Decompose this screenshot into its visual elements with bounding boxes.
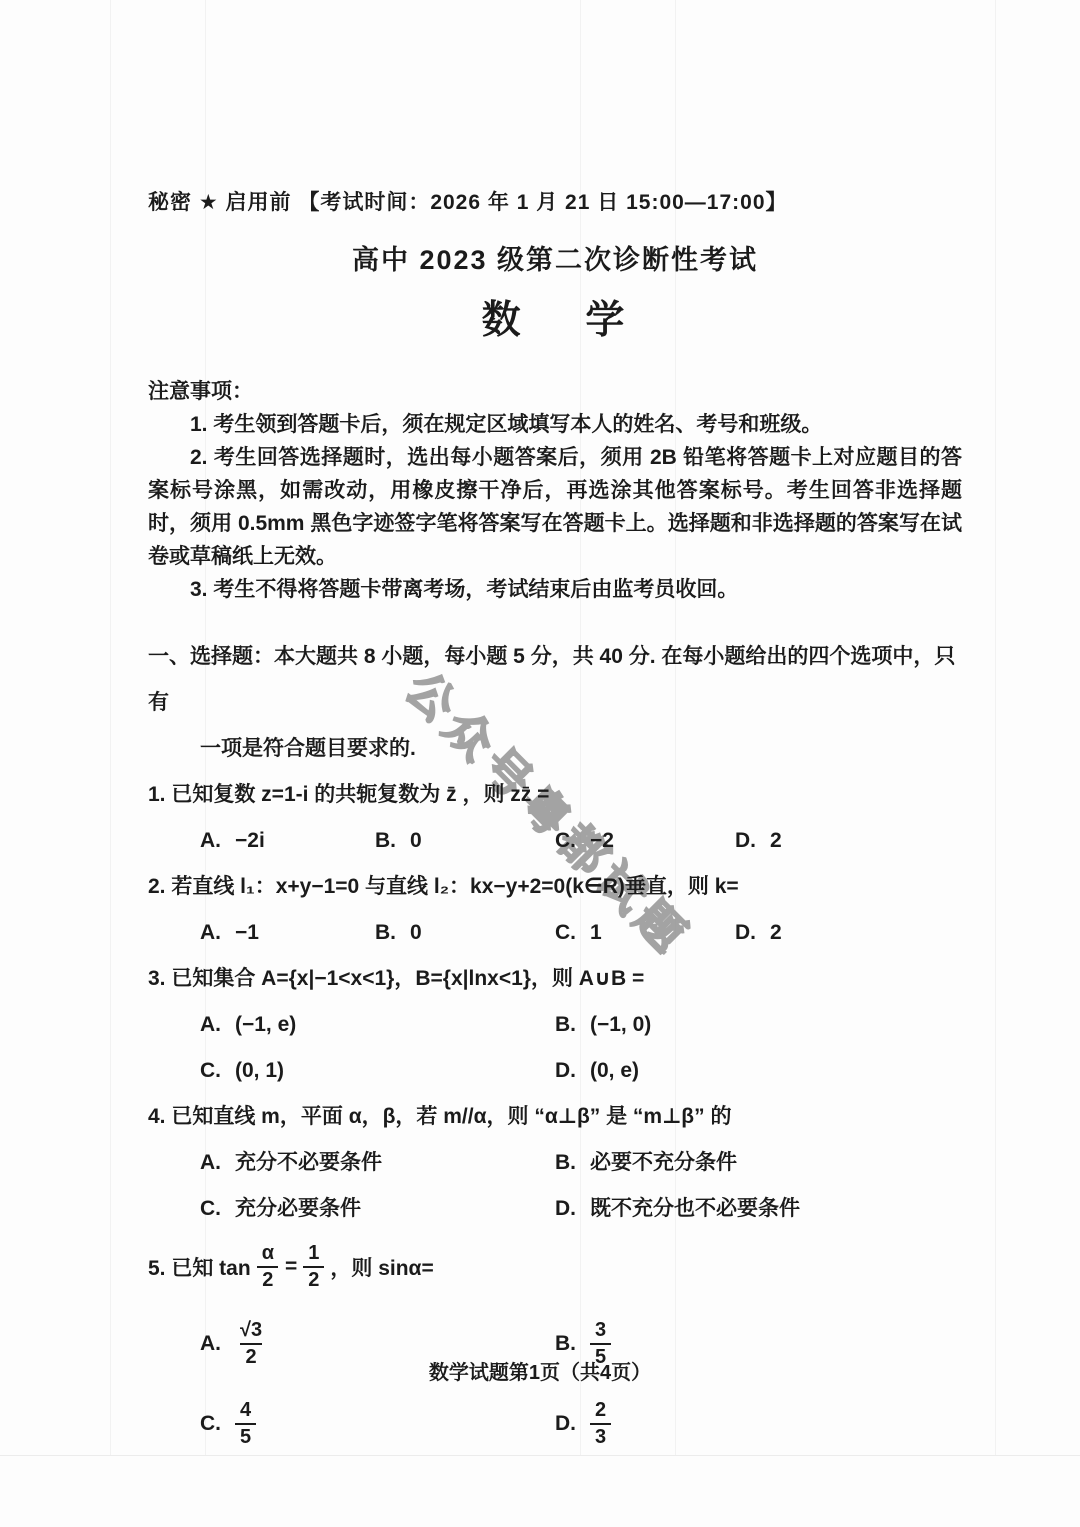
option-text: 0 — [410, 910, 422, 956]
question-3: 3. 已知集合 A={x|−1<x<1}，B={x|lnx<1}，则 A∪B =… — [148, 956, 962, 1094]
option-text: 充分不必要条件 — [235, 1140, 382, 1186]
fraction-denominator: 3 — [590, 1423, 611, 1450]
subject-title: 数 学 — [148, 289, 962, 345]
notice-item-2: 2. 考生回答选择题时，选出每小题答案后，须用 2B 铅笔将答题卡上对应题目的答… — [148, 441, 962, 573]
option-label: C. — [200, 1412, 221, 1436]
page-content: 秘密 ★ 启用前 【考试时间：2026 年 1 月 21 日 15:00—17:… — [0, 0, 1080, 1460]
notice-item-3: 3. 考生不得将答题卡带离考场，考试结束后由监考员收回。 — [148, 573, 962, 606]
option-label: C. — [555, 818, 576, 864]
fraction-denominator: 2 — [257, 1266, 278, 1293]
option-a: A.−1 — [200, 910, 375, 956]
option-b: B.(−1, 0) — [555, 1002, 651, 1048]
fraction-denominator: 2 — [303, 1266, 324, 1293]
option-label: B. — [555, 1002, 576, 1048]
fraction-denominator: 5 — [235, 1423, 256, 1450]
notice-section: 注意事项： 1. 考生领到答题卡后，须在规定区域填写本人的姓名、考号和班级。 2… — [148, 375, 962, 606]
fraction-numerator: 2 — [590, 1398, 611, 1423]
stem-text: ，则 sinα= — [330, 1252, 433, 1282]
fraction-numerator: √3 — [235, 1318, 267, 1343]
section-heading: 一、选择题：本大题共 8 小题，每小题 5 分，共 40 分. 在每小题给出的四… — [148, 634, 962, 772]
question-1: 1. 已知复数 z=1-i 的共轭复数为 z̄ ，则 zz̄ = A.−2i B… — [148, 772, 962, 864]
question-5: 5. 已知 tan α 2 = 1 2 ，则 sinα= A. √32 B — [148, 1234, 962, 1460]
option-text: 2 — [770, 818, 782, 864]
option-label: A. — [200, 1002, 221, 1048]
question-3-stem: 3. 已知集合 A={x|−1<x<1}，B={x|lnx<1}，则 A∪B = — [148, 956, 962, 1002]
option-a: A.(−1, e) — [200, 1002, 555, 1048]
question-1-stem: 1. 已知复数 z=1-i 的共轭复数为 z̄ ，则 zz̄ = — [148, 772, 962, 818]
fraction-numerator: 3 — [590, 1318, 611, 1343]
notice-item-1: 1. 考生领到答题卡后，须在规定区域填写本人的姓名、考号和班级。 — [148, 408, 962, 441]
option-label: C. — [200, 1048, 221, 1094]
question-4-options-row1: A.充分不必要条件 B.必要不充分条件 — [148, 1140, 962, 1186]
option-text: 充分必要条件 — [235, 1186, 361, 1232]
option-text: −1 — [235, 910, 259, 956]
option-label: B. — [555, 1140, 576, 1186]
question-3-options-row1: A.(−1, e) B.(−1, 0) — [148, 1002, 962, 1048]
option-text: 1 — [590, 910, 602, 956]
option-label: A. — [200, 1140, 221, 1186]
question-5-options-row2: C. 45 D. 23 — [148, 1388, 962, 1460]
option-b: B.必要不充分条件 — [555, 1140, 737, 1186]
option-a: A.充分不必要条件 — [200, 1140, 555, 1186]
fraction: 23 — [590, 1398, 611, 1450]
question-4-stem: 4. 已知直线 m，平面 α，β，若 m//α，则 “α⊥β” 是 “m⊥β” … — [148, 1094, 962, 1140]
fraction-numerator: 1 — [303, 1241, 324, 1266]
question-5-stem: 5. 已知 tan α 2 = 1 2 ，则 sinα= — [148, 1234, 962, 1300]
option-text: 0 — [410, 818, 422, 864]
confidential-header: 秘密 ★ 启用前 【考试时间：2026 年 1 月 21 日 15:00—17:… — [148, 186, 962, 216]
option-d: D.2 — [735, 818, 782, 864]
option-text: (0, 1) — [235, 1048, 284, 1094]
option-d: D.既不充分也不必要条件 — [555, 1186, 800, 1232]
fraction: 1 2 — [303, 1241, 324, 1293]
question-1-options: A.−2i B.0 C.−2 D.2 — [148, 818, 962, 864]
exam-page: 公众号粤都试题 秘密 ★ 启用前 【考试时间：2026 年 1 月 21 日 1… — [0, 0, 1080, 1527]
section-heading-line2: 一项是符合题目要求的. — [148, 726, 962, 772]
option-text: 必要不充分条件 — [590, 1140, 737, 1186]
option-label: C. — [200, 1186, 221, 1232]
question-2-options: A.−1 B.0 C.1 D.2 — [148, 910, 962, 956]
option-text: 2 — [770, 910, 782, 956]
fraction-numerator: 4 — [235, 1398, 256, 1423]
question-4-options-row2: C.充分必要条件 D.既不充分也不必要条件 — [148, 1186, 962, 1232]
option-d: D.2 — [735, 910, 782, 956]
option-label: A. — [200, 910, 221, 956]
option-label: C. — [555, 910, 576, 956]
option-a: A.−2i — [200, 818, 375, 864]
option-c: C.充分必要条件 — [200, 1186, 555, 1232]
option-text: 既不充分也不必要条件 — [590, 1186, 800, 1232]
question-2-stem: 2. 若直线 l₁：x+y−1=0 与直线 l₂：kx−y+2=0(k∈R)垂直… — [148, 864, 962, 910]
option-c: C.−2 — [555, 818, 735, 864]
option-text: −2 — [590, 818, 614, 864]
option-c: C. 45 — [200, 1398, 555, 1450]
option-text: (−1, 0) — [590, 1002, 651, 1048]
option-b: B.0 — [375, 910, 555, 956]
option-label: B. — [375, 818, 396, 864]
option-label: D. — [555, 1186, 576, 1232]
stem-text: = — [285, 1255, 297, 1279]
option-label: A. — [200, 1332, 221, 1356]
option-label: D. — [735, 910, 756, 956]
option-label: A. — [200, 818, 221, 864]
exam-title: 高中 2023 级第二次诊断性考试 — [148, 238, 962, 277]
option-text: (−1, e) — [235, 1002, 296, 1048]
question-3-options-row2: C.(0, 1) D.(0, e) — [148, 1048, 962, 1094]
option-text: (0, e) — [590, 1048, 639, 1094]
option-label: D. — [555, 1048, 576, 1094]
option-d: D.(0, e) — [555, 1048, 639, 1094]
option-label: B. — [555, 1332, 576, 1356]
option-d: D. 23 — [555, 1398, 611, 1450]
option-label: D. — [555, 1412, 576, 1436]
fraction: α 2 — [257, 1241, 279, 1293]
option-c: C.(0, 1) — [200, 1048, 555, 1094]
question-4: 4. 已知直线 m，平面 α，β，若 m//α，则 “α⊥β” 是 “m⊥β” … — [148, 1094, 962, 1232]
option-b: B.0 — [375, 818, 555, 864]
notice-heading: 注意事项： — [148, 375, 962, 408]
option-label: B. — [375, 910, 396, 956]
stem-text: 5. 已知 tan — [148, 1252, 251, 1282]
fraction: 45 — [235, 1398, 256, 1450]
option-label: D. — [735, 818, 756, 864]
option-text: −2i — [235, 818, 265, 864]
section-heading-line1: 一、选择题：本大题共 8 小题，每小题 5 分，共 40 分. 在每小题给出的四… — [148, 634, 962, 726]
fraction-numerator: α — [257, 1241, 279, 1266]
option-c: C.1 — [555, 910, 735, 956]
question-2: 2. 若直线 l₁：x+y−1=0 与直线 l₂：kx−y+2=0(k∈R)垂直… — [148, 864, 962, 956]
page-footer: 数学试题第1页（共4页） — [0, 1356, 1080, 1385]
